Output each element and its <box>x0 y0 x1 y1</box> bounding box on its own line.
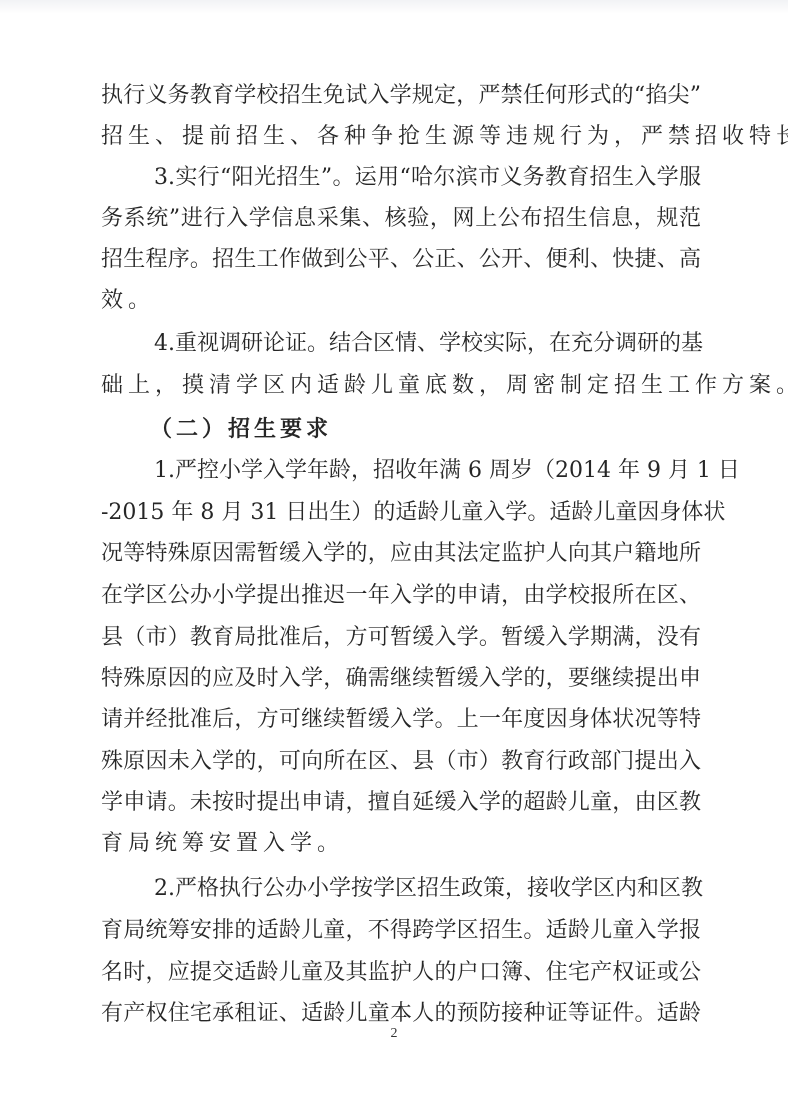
text-line: 育局统筹安排的适龄儿童，不得跨学区招生。适龄儿童入学报 <box>101 918 701 944</box>
text-line-item-4: 4.重视调研论证。结合区情、学校实际，在充分调研的基 <box>154 331 701 357</box>
text-line: 有产权住宅承租证、适龄儿童本人的预防接种证等证件。适龄 <box>101 1001 701 1027</box>
text-line: 特殊原因的应及时入学，确需继续暂缓入学的，要继续提出申 <box>101 666 701 692</box>
section-heading: （二）招生要求 <box>150 416 332 442</box>
text-line: 育局统筹安置入学。 <box>101 831 701 857</box>
text-line: 县（市）教育局批准后，方可暂缓入学。暂缓入学期满，没有 <box>101 625 701 651</box>
text-line: 执行义务教育学校招生免试入学规定，严禁任何形式的“掐尖” <box>101 83 701 109</box>
text-line: 础上，摸清学区内适龄儿童底数，周密制定招生工作方案。 <box>101 373 701 399</box>
text-line: 殊原因未入学的，可向所在区、县（市）教育行政部门提出入 <box>101 749 701 775</box>
text-line: 招生、提前招生、各种争抢生源等违规行为，严禁招收特长生。 <box>101 124 701 150</box>
text-line-item-2: 2.严格执行公办小学按学区招生政策，接收学区内和区教 <box>154 876 701 902</box>
text-line-item-1: 1.严控小学入学年龄，招收年满 6 周岁（2014 年 9 月 1 日 <box>154 458 701 484</box>
page-number: 2 <box>386 1026 402 1042</box>
text-line: 招生程序。招生工作做到公平、公正、公开、便利、快捷、高 <box>101 247 701 273</box>
text-line: 务系统”进行入学信息采集、核验，网上公布招生信息，规范 <box>101 206 701 232</box>
text-line: 请并经批准后，方可继续暂缓入学。上一年度因身体状况等特 <box>101 707 701 733</box>
text-line: 学申请。未按时提出申请，擅自延缓入学的超龄儿童，由区教 <box>101 790 701 816</box>
text-line-item-3: 3.实行“阳光招生”。运用“哈尔滨市义务教育招生入学服 <box>154 165 701 191</box>
document-page: 执行义务教育学校招生免试入学规定，严禁任何形式的“掐尖” 招生、提前招生、各种争… <box>0 0 788 1116</box>
text-line: 况等特殊原因需暂缓入学的，应由其法定监护人向其户籍地所 <box>101 541 701 567</box>
text-line: 效。 <box>101 288 701 314</box>
text-line: -2015 年 8 月 31 日出生）的适龄儿童入学。适龄儿童因身体状 <box>101 500 701 526</box>
text-line: 名时，应提交适龄儿童及其监护人的户口簿、住宅产权证或公 <box>101 960 701 986</box>
text-line: 在学区公办小学提出推迟一年入学的申请，由学校报所在区、 <box>101 583 701 609</box>
